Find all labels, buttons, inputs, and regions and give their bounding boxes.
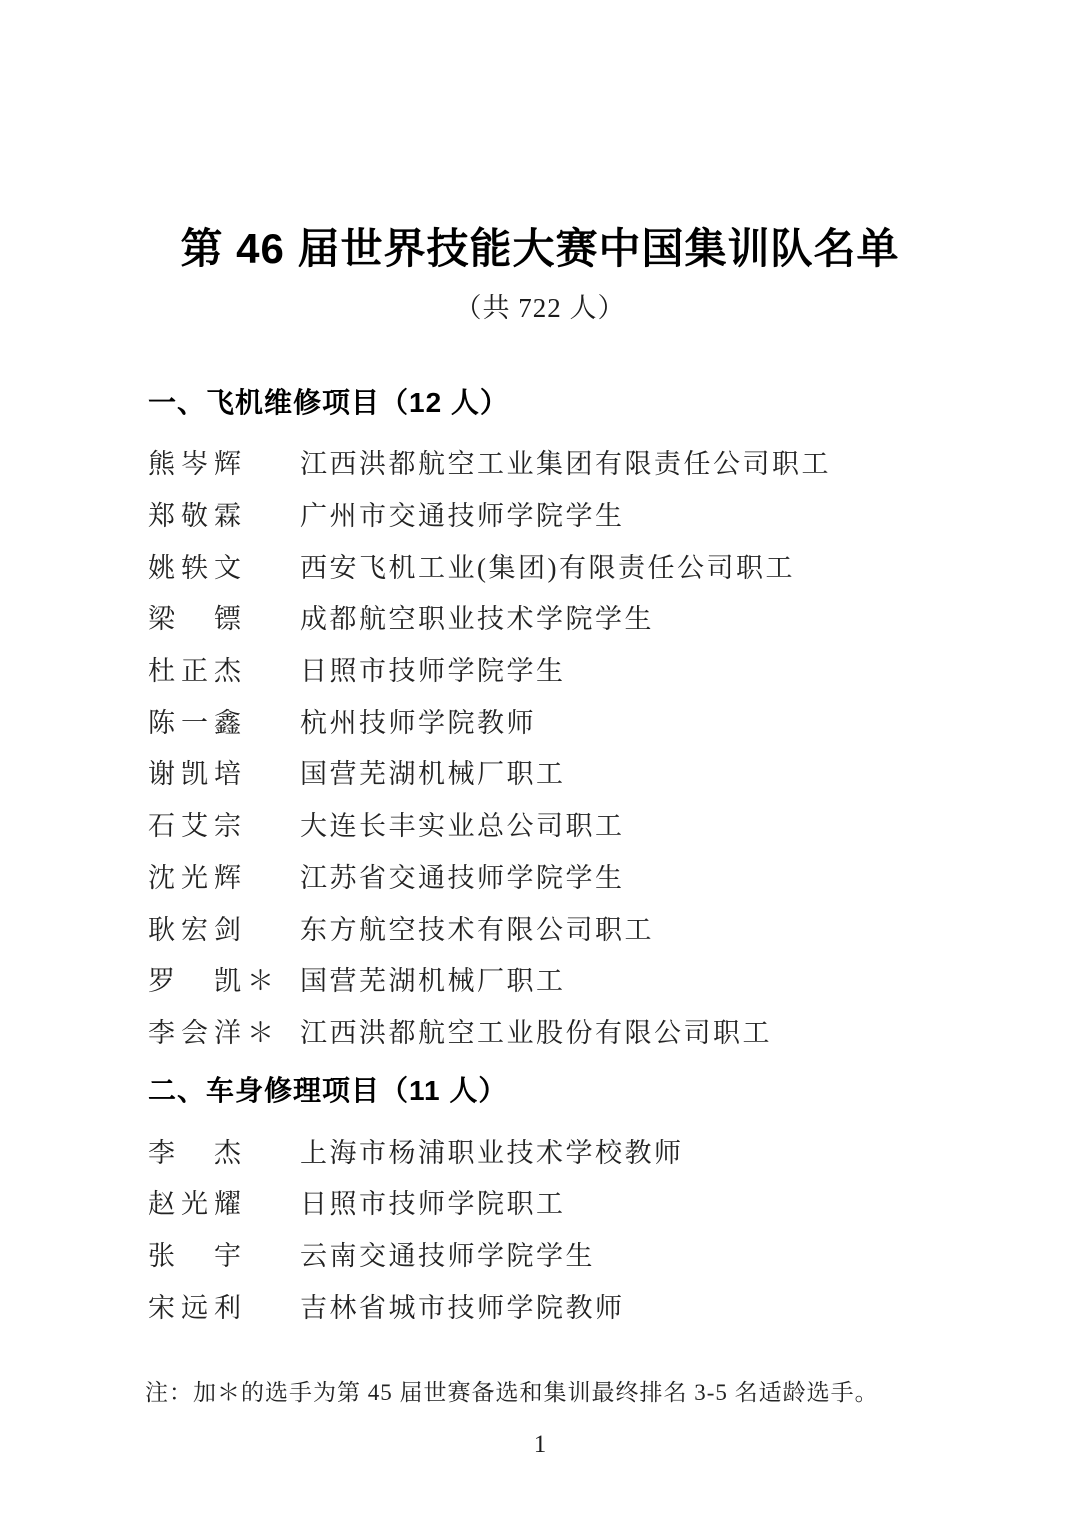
member-name: 谢凯培 bbox=[148, 752, 300, 791]
member-affiliation: 东方航空技术有限公司职工 bbox=[300, 908, 654, 947]
member-row: 李会洋＊ 江西洪都航空工业股份有限公司职工 bbox=[148, 1005, 960, 1057]
member-row: 陈一鑫 杭州技师学院教师 bbox=[148, 694, 960, 746]
member-affiliation: 云南交通技师学院学生 bbox=[300, 1234, 595, 1273]
member-affiliation: 日照市技师学院职工 bbox=[300, 1182, 566, 1221]
member-sections: 一、飞机维修项目（12 人） 熊岑辉 江西洪都航空工业集团有限责任公司职工 郑敬… bbox=[0, 382, 1080, 1331]
member-name: 梁 镖 bbox=[148, 597, 300, 636]
member-row: 罗 凯＊ 国营芜湖机械厂职工 bbox=[148, 953, 960, 1005]
member-name: 姚轶文 bbox=[148, 546, 300, 585]
member-name: 张 宇 bbox=[148, 1234, 300, 1273]
member-row: 赵光耀 日照市技师学院职工 bbox=[148, 1176, 960, 1228]
member-name: 宋远利 bbox=[148, 1286, 300, 1325]
member-list-section-1: 熊岑辉 江西洪都航空工业集团有限责任公司职工 郑敬霖 广州市交通技师学院学生 姚… bbox=[148, 436, 960, 1056]
document-page: 第 46 届世界技能大赛中国集训队名单 （共 722 人） 一、飞机维修项目（1… bbox=[0, 0, 1080, 1528]
member-row: 谢凯培 国营芜湖机械厂职工 bbox=[148, 746, 960, 798]
member-affiliation: 江西洪都航空工业集团有限责任公司职工 bbox=[300, 442, 831, 481]
member-name: 李会洋＊ bbox=[148, 1011, 300, 1050]
member-name: 杜正杰 bbox=[148, 649, 300, 688]
member-row: 耿宏剑 东方航空技术有限公司职工 bbox=[148, 901, 960, 953]
member-affiliation: 杭州技师学院教师 bbox=[300, 701, 536, 740]
member-name: 耿宏剑 bbox=[148, 908, 300, 947]
member-name: 郑敬霖 bbox=[148, 494, 300, 533]
member-name: 陈一鑫 bbox=[148, 701, 300, 740]
member-row: 张 宇 云南交通技师学院学生 bbox=[148, 1228, 960, 1280]
member-name: 熊岑辉 bbox=[148, 442, 300, 481]
member-affiliation: 吉林省城市技师学院教师 bbox=[300, 1286, 625, 1325]
member-affiliation: 成都航空职业技术学院学生 bbox=[300, 597, 654, 636]
member-affiliation: 日照市技师学院学生 bbox=[300, 649, 566, 688]
member-name: 赵光耀 bbox=[148, 1182, 300, 1221]
member-name: 李 杰 bbox=[148, 1131, 300, 1170]
member-affiliation: 上海市杨浦职业技术学校教师 bbox=[300, 1131, 684, 1170]
member-name: 石艾宗 bbox=[148, 804, 300, 843]
member-name: 罗 凯＊ bbox=[148, 959, 300, 998]
footnote: 注：加＊的选手为第 45 届世赛备选和集训最终排名 3-5 名适龄选手。 bbox=[0, 1377, 1080, 1409]
member-affiliation: 广州市交通技师学院学生 bbox=[300, 494, 625, 533]
member-row: 姚轶文 西安飞机工业(集团)有限责任公司职工 bbox=[148, 539, 960, 591]
member-affiliation: 江西洪都航空工业股份有限公司职工 bbox=[300, 1011, 772, 1050]
member-list-section-2: 李 杰 上海市杨浦职业技术学校教师 赵光耀 日照市技师学院职工 张 宇 云南交通… bbox=[148, 1124, 960, 1331]
member-affiliation: 国营芜湖机械厂职工 bbox=[300, 959, 566, 998]
member-name: 沈光辉 bbox=[148, 856, 300, 895]
member-affiliation: 江苏省交通技师学院学生 bbox=[300, 856, 625, 895]
member-row: 熊岑辉 江西洪都航空工业集团有限责任公司职工 bbox=[148, 436, 960, 488]
member-row: 李 杰 上海市杨浦职业技术学校教师 bbox=[148, 1124, 960, 1176]
member-row: 梁 镖 成都航空职业技术学院学生 bbox=[148, 591, 960, 643]
member-affiliation: 国营芜湖机械厂职工 bbox=[300, 752, 566, 791]
member-affiliation: 大连长丰实业总公司职工 bbox=[300, 804, 625, 843]
section-heading-aircraft-maintenance: 一、飞机维修项目（12 人） bbox=[148, 382, 960, 424]
member-row: 宋远利 吉林省城市技师学院教师 bbox=[148, 1279, 960, 1331]
member-row: 郑敬霖 广州市交通技师学院学生 bbox=[148, 488, 960, 540]
member-affiliation: 西安飞机工业(集团)有限责任公司职工 bbox=[300, 546, 795, 585]
member-row: 石艾宗 大连长丰实业总公司职工 bbox=[148, 798, 960, 850]
member-row: 沈光辉 江苏省交通技师学院学生 bbox=[148, 850, 960, 902]
member-row: 杜正杰 日照市技师学院学生 bbox=[148, 643, 960, 695]
document-subtitle: （共 722 人） bbox=[0, 290, 1080, 326]
page-number: 1 bbox=[0, 1431, 1080, 1459]
document-title: 第 46 届世界技能大赛中国集训队名单 bbox=[0, 0, 1080, 278]
section-heading-car-body-repair: 二、车身修理项目（11 人） bbox=[148, 1070, 960, 1112]
